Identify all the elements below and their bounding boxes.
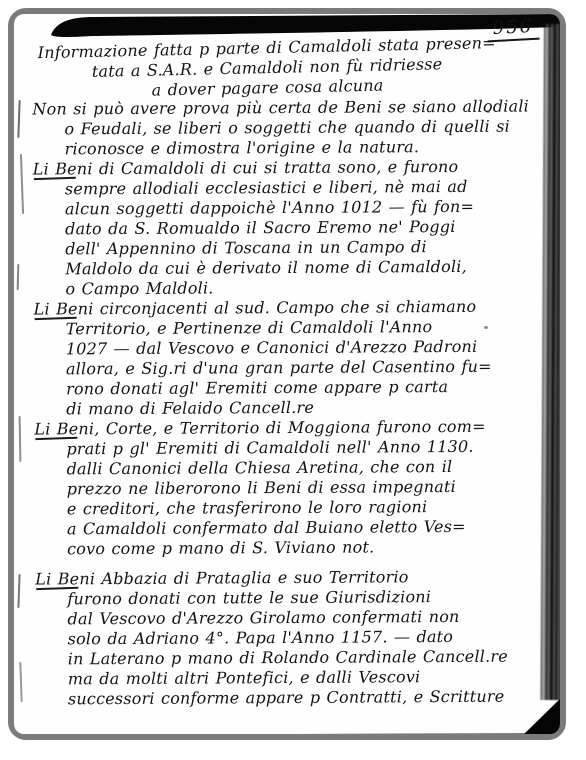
text-line: o Feudali, se liberi o soggetti che quan… (64, 116, 538, 139)
text-line: allora, e Sig.ri d'una gran parte del Ca… (66, 356, 540, 379)
manuscript-text: Informazione fatta p parte di Camaldoli … (32, 36, 542, 709)
paragraph: Li Beni Abbazia di Prataglia e suo Terri… (35, 566, 542, 709)
paragraph: Li Beni di Camaldoli di cui si tratta so… (33, 156, 540, 299)
scan-artifact-left-mark (17, 574, 20, 608)
text-line: in Laterano p mano di Rolando Cardinale … (68, 646, 542, 669)
scan-artifact-left-mark (17, 100, 20, 138)
paragraph: Li Beni circonjacenti al sud. Campo che … (34, 296, 541, 419)
paragraph: Non si può avere prova più certa de Beni… (32, 96, 538, 159)
scanned-page-viewer: 956 Informazione fatta p parte di Camald… (0, 0, 586, 760)
scan-artifact-left-mark (19, 416, 22, 462)
viewer-frame: 956 Informazione fatta p parte di Camald… (8, 8, 566, 740)
text-line: prati p gl' Eremiti di Camaldoli nell' A… (66, 436, 540, 459)
text-line: Li Beni, Corte, e Territorio di Moggiona… (34, 416, 540, 439)
scan-artifact-left-mark (20, 154, 24, 214)
scan-artifact-left-mark (19, 662, 22, 702)
scan-artifact-left-mark (17, 264, 20, 290)
heading: Informazione fatta p parte di Camaldoli … (32, 33, 503, 103)
text-line: successori conforme appare p Contratti, … (68, 686, 542, 709)
scan-artifact-binding-shadow (540, 24, 560, 700)
text-line: Li Beni di Camaldoli di cui si tratta so… (33, 156, 539, 179)
paragraph: Li Beni, Corte, e Territorio di Moggiona… (34, 416, 541, 559)
text-line: covo come p mano di S. Viviano not. (67, 536, 541, 559)
scan-artifact-bottom-edge (26, 733, 560, 734)
text-line: Li Beni circonjacenti al sud. Campo che … (34, 296, 540, 319)
manuscript-page: 956 Informazione fatta p parte di Camald… (14, 14, 560, 734)
text-line: alcun soggetti dappoichè l'Anno 1012 — f… (65, 196, 539, 219)
text-line: Li Beni Abbazia di Prataglia e suo Terri… (35, 566, 541, 589)
